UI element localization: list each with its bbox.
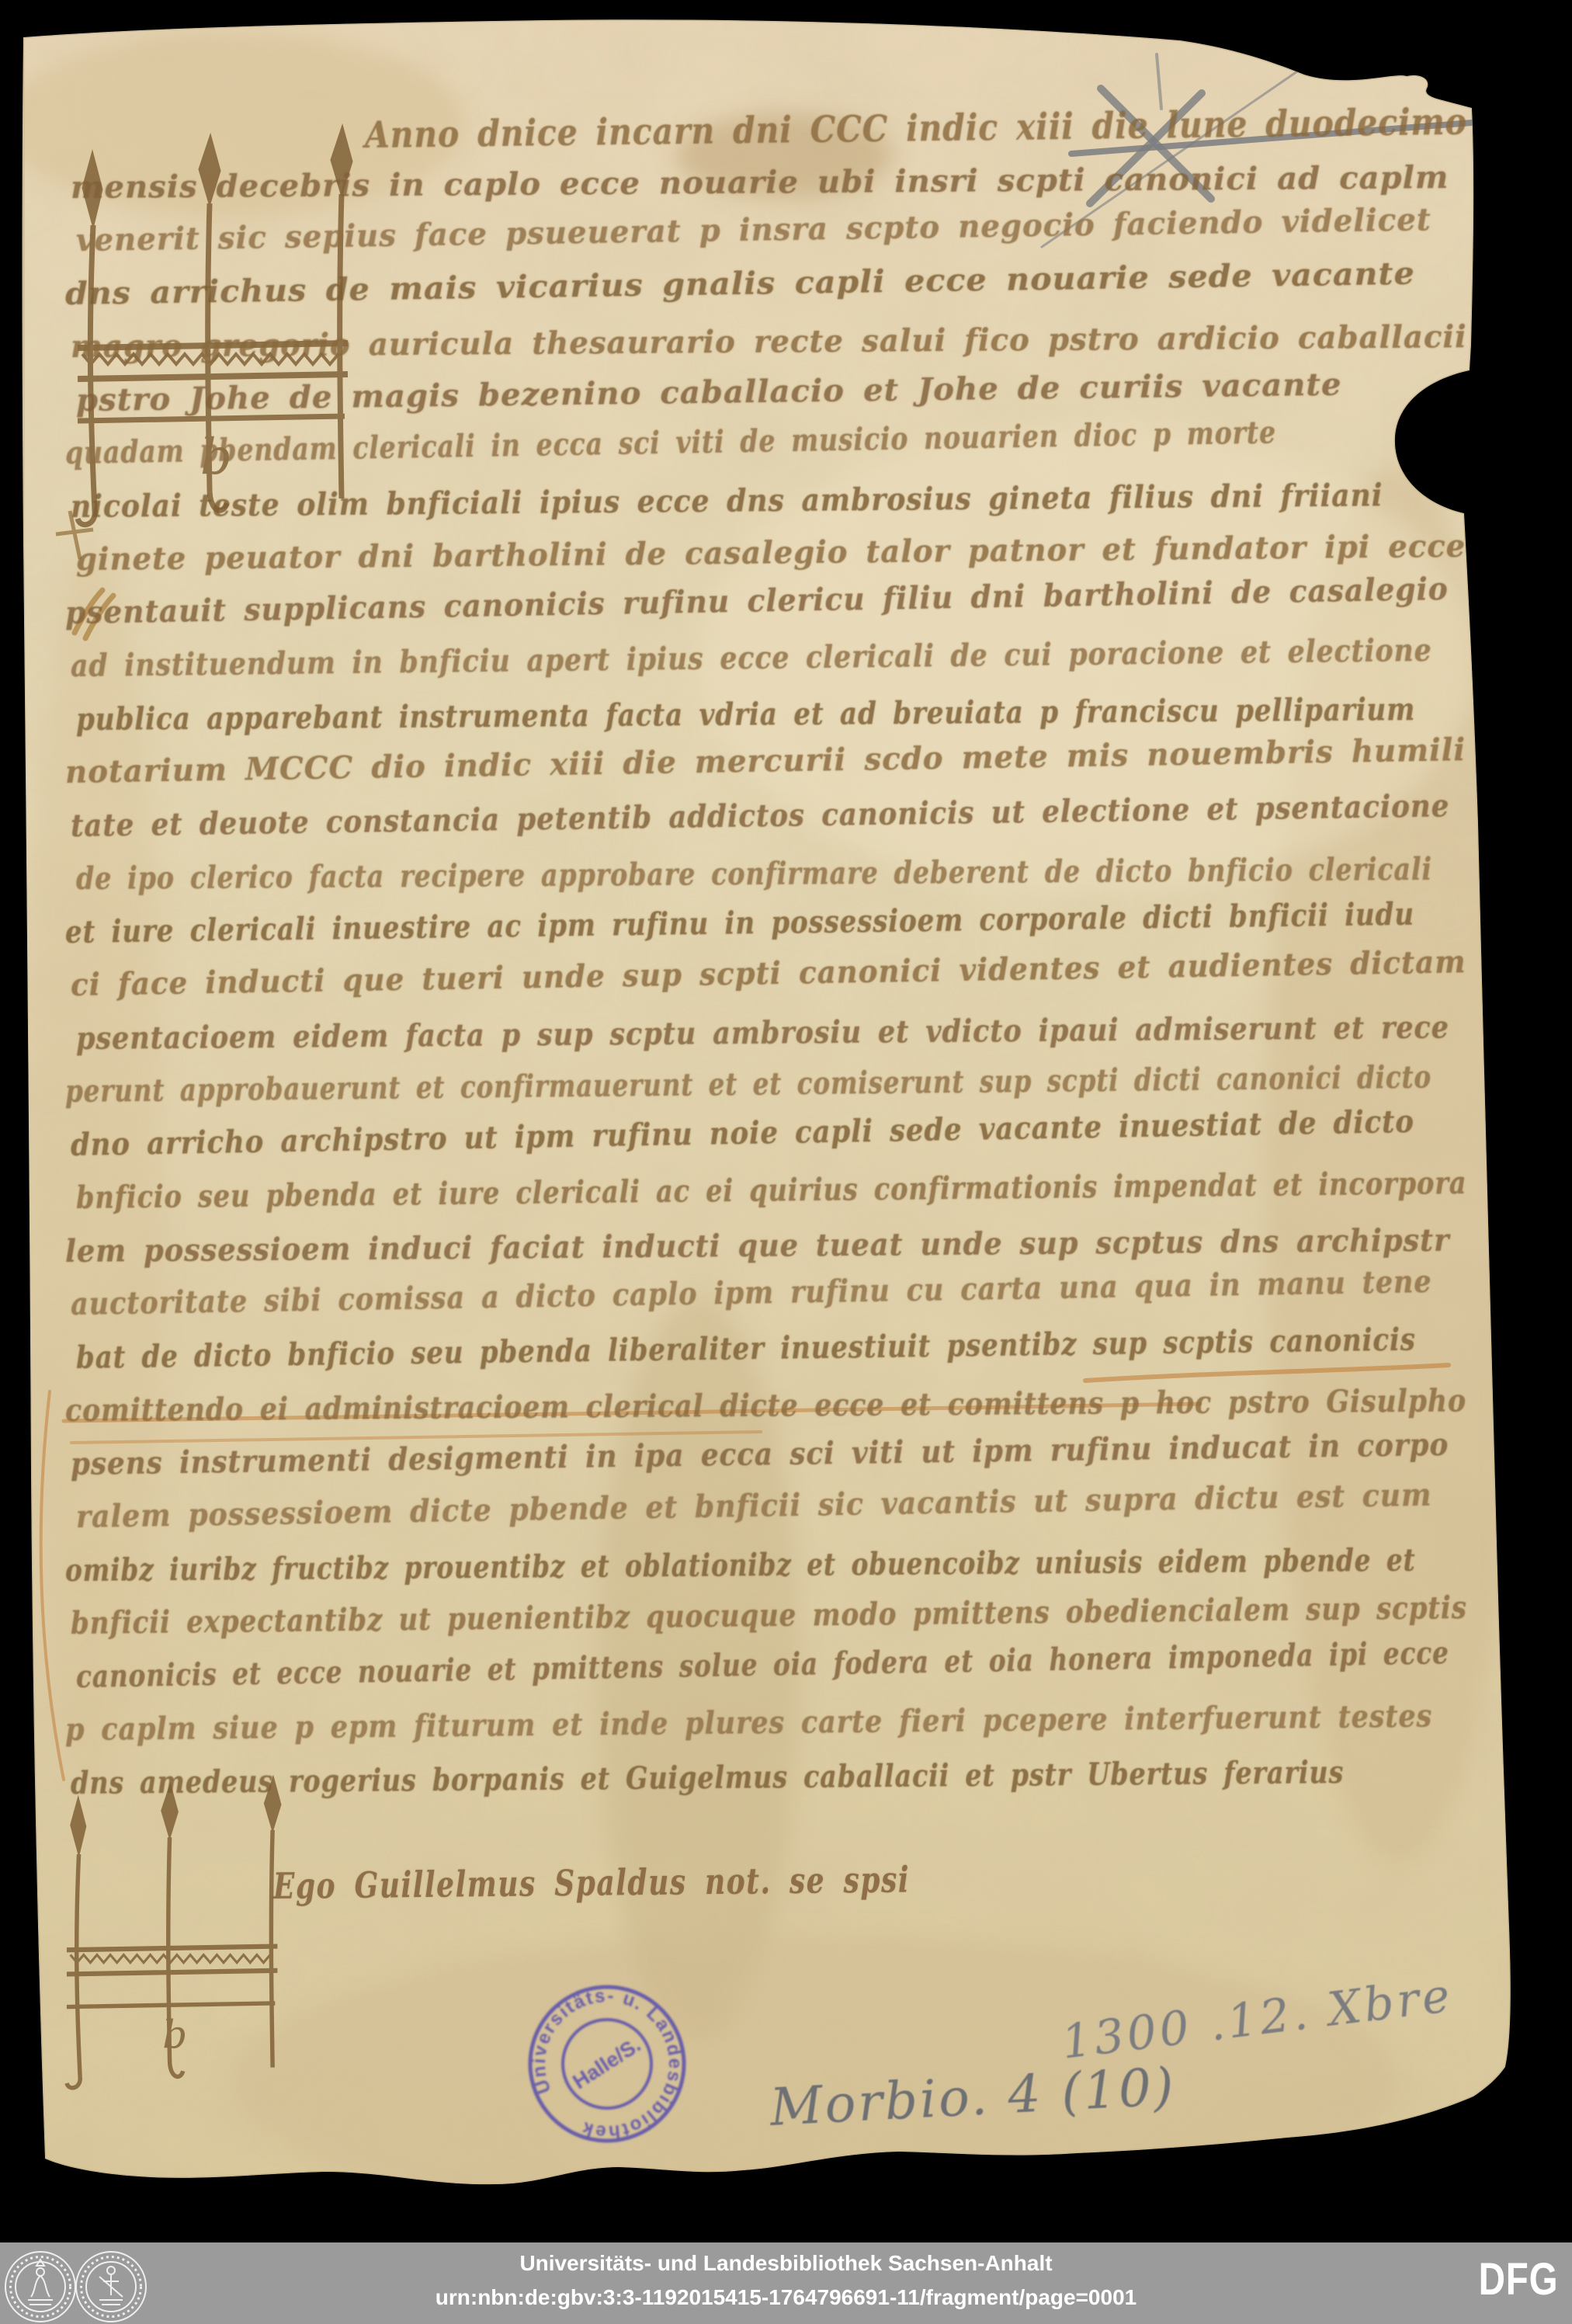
footer-urn: urn:nbn:de:gbv:3:3-1192015415-1764796691…	[0, 2285, 1572, 2310]
manuscript-line: psens instrumenti desigmenti in ipa ecca…	[71, 1425, 1449, 1483]
manuscript-text-block: Anno dnice incarn dni CCC indic xiii die…	[0, 0, 1572, 2324]
manuscript-line: ci face inducti que tueri unde sup scpti…	[71, 943, 1466, 1005]
manuscript-line: magro gregorio auricula thesaurario rect…	[71, 318, 1467, 366]
manuscript-line: dns amedeus rogerius borpanis et Guigelm…	[71, 1753, 1345, 1802]
notary-signature: Ego Guillelmus Spaldus not. se spsi	[273, 1858, 911, 1907]
manuscript-line: bnficio seu pbenda et iure clericali ac …	[76, 1164, 1467, 1218]
parchment-surface: b b	[0, 0, 1572, 2324]
manuscript-line: pstro Johe de magis bezenino caballacio …	[76, 365, 1342, 419]
manuscript-line: venerit sic sepius face psueuerat p insr…	[76, 200, 1431, 260]
manuscript-line: canonicis et ecce nouarie et pmittens so…	[76, 1634, 1450, 1697]
manuscript-line: bnficii expectantibz ut puenientibz quoc…	[71, 1589, 1467, 1643]
manuscript-line: ad instituendum in bnficiu apert ipius e…	[71, 631, 1432, 686]
dfg-logo: DFG	[1478, 2253, 1558, 2305]
manuscript-line: p caplm siue p epm fiturum et inde plure…	[65, 1697, 1433, 1749]
manuscript-line: psentauit supplicans canonicis rufinu cl…	[65, 569, 1449, 632]
manuscript-line: dno arricho archipstro ut ipm rufinu noi…	[71, 1102, 1415, 1164]
digitized-fragment-page: b b	[0, 0, 1572, 2324]
manuscript-line: dns arrichus de mais vicarius gnalis cap…	[65, 254, 1415, 313]
manuscript-line: ginete peuator dni bartholini de casaleg…	[76, 527, 1466, 579]
manuscript-line: auctoritate sibi comissa a dicto caplo i…	[71, 1263, 1432, 1324]
manuscript-line: mensis decebris in caplo ecce nouarie ub…	[71, 158, 1449, 207]
footer-bar: Universitäts- und Landesbibliothek Sachs…	[0, 2242, 1572, 2324]
manuscript-line: notarium MCCC dio indic xiii die mercuri…	[65, 731, 1466, 792]
manuscript-line: bat de dicto bnficio seu pbenda liberali…	[76, 1320, 1416, 1377]
footer-library-name: Universitäts- und Landesbibliothek Sachs…	[0, 2251, 1572, 2276]
manuscript-line: quadam pbendam clericali in ecca sci vit…	[65, 413, 1277, 473]
manuscript-line: lem possessioem induci faciat inducti qu…	[65, 1221, 1450, 1270]
manuscript-line: perunt approbauerunt et confirmauerunt e…	[65, 1058, 1432, 1111]
manuscript-line: Anno dnice incarn dni CCC indic xiii die…	[365, 103, 1467, 155]
manuscript-line: et iure clericali inuestire ac ipm rufin…	[65, 895, 1415, 951]
manuscript-line: de ipo clerico facta recipere approbare …	[76, 850, 1432, 898]
manuscript-line: ralem possessioem dicte pbende et bnfici…	[76, 1476, 1432, 1537]
manuscript-line: comittendo ei administracioem clerical d…	[65, 1381, 1466, 1430]
manuscript-line: omibz iuribz fructibz prouentibz et obla…	[65, 1541, 1416, 1589]
manuscript-line: tate et deuote constancia petentib addic…	[71, 787, 1450, 846]
manuscript-line: publica apparebant instrumenta facta vdr…	[76, 690, 1416, 739]
manuscript-line: psentacioem eidem facta p sup scptu ambr…	[76, 1008, 1449, 1058]
manuscript-line: nicolai teste olim bnficiali ipius ecce …	[71, 476, 1383, 526]
